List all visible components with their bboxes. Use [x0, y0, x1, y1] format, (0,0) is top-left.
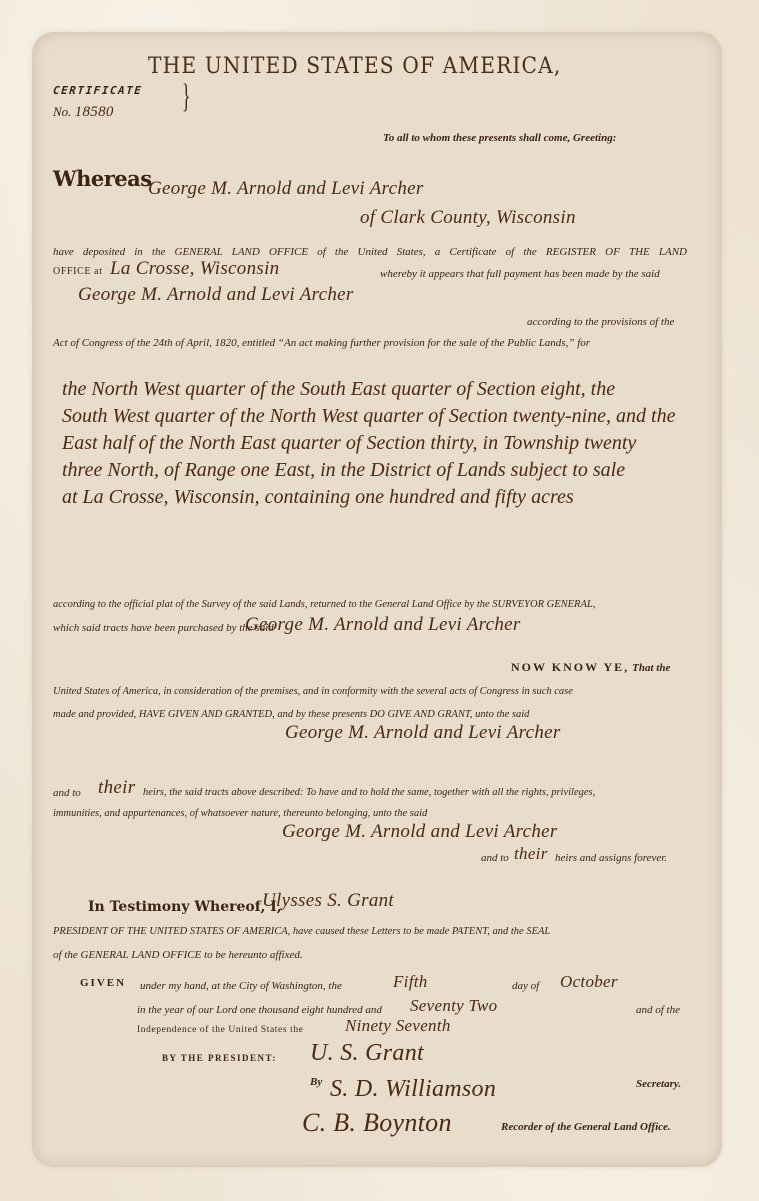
month-handwritten: October	[560, 972, 618, 992]
land-description-line: East half of the North East quarter of S…	[62, 430, 702, 457]
president-signature: U. S. Grant	[310, 1040, 424, 1067]
certificate-no-value: 18580	[75, 104, 114, 120]
residence-handwritten: of Clark County, Wisconsin	[360, 207, 576, 229]
whereas-heading: Whereas	[53, 166, 152, 191]
office-prefix: OFFICE at	[53, 266, 103, 277]
year-line: in the year of our Lord one thousand eig…	[137, 1004, 382, 1016]
independence-year-handwritten: Ninety Seventh	[345, 1016, 451, 1036]
land-description-line: three North, of Range one East, in the D…	[62, 457, 702, 484]
year-handwritten: Seventy Two	[410, 996, 498, 1016]
certificate-no-prefix: No.	[53, 104, 71, 119]
president-line: PRESIDENT OF THE UNITED STATES OF AMERIC…	[53, 926, 550, 937]
office-location-handwritten: La Crosse, Wisconsin	[110, 258, 279, 280]
their-handwritten-2: their	[514, 844, 548, 864]
certificate-label: CERTIFICATE	[51, 84, 144, 97]
president-name-handwritten: Ulysses S. Grant	[262, 890, 394, 912]
grantees-handwritten-5: George M. Arnold and Levi Archer	[282, 821, 558, 843]
grantees-handwritten-4: George M. Arnold and Levi Archer	[285, 722, 561, 744]
their-handwritten-1: their	[98, 777, 135, 799]
brace-icon: }	[182, 80, 190, 114]
by-the-president: BY THE PRESIDENT:	[162, 1053, 277, 1063]
independence-line: Independence of the United States the	[137, 1025, 304, 1035]
document-heading: THE UNITED STATES OF AMERICA,	[148, 54, 561, 79]
survey-line: according to the official plat of the Su…	[53, 599, 595, 610]
land-description-line: South West quarter of the North West qua…	[62, 403, 702, 430]
grantees-handwritten-1: George M. Arnold and Levi Archer	[148, 178, 424, 200]
land-description-handwritten: the North West quarter of the South East…	[62, 376, 702, 511]
testimony-whereof: In Testimony Whereof, I,	[88, 899, 282, 915]
greeting: To all to whom these presents shall come…	[383, 132, 616, 144]
recorder-title: Recorder of the General Land Office.	[501, 1121, 671, 1133]
immunities-line: immunities, and appurtenances, of whatso…	[53, 808, 427, 819]
land-description-line: the North West quarter of the South East…	[62, 376, 702, 403]
by-label: By	[310, 1076, 322, 1088]
day-handwritten: Fifth	[393, 972, 428, 992]
heirs-line: heirs, the said tracts above described: …	[143, 787, 595, 798]
given: GIVEN	[80, 977, 126, 989]
provisions-line: according to the provisions of the	[527, 316, 674, 328]
secretary-signature: S. D. Williamson	[330, 1076, 496, 1103]
now-know-ye: NOW KNOW YE,	[511, 660, 629, 674]
and-to-2: and to	[481, 852, 509, 864]
granted-line: made and provided, HAVE GIVEN AND GRANTE…	[53, 709, 529, 720]
and-to-1: and to	[53, 787, 81, 799]
forever-line: heirs and assigns forever.	[555, 852, 667, 864]
and-of-the: and of the	[636, 1004, 680, 1016]
purchased-line: which said tracts have been purchased by…	[53, 622, 274, 634]
land-description-line: at La Crosse, Wisconsin, containing one …	[62, 484, 702, 511]
secretary-title: Secretary.	[636, 1078, 681, 1090]
act-line: Act of Congress of the 24th of April, 18…	[53, 337, 687, 349]
seal-line: of the GENERAL LAND OFFICE to be hereunt…	[53, 949, 303, 961]
whereby-line: whereby it appears that full payment has…	[380, 268, 660, 280]
grantees-handwritten-3: George M. Arnold and Levi Archer	[245, 614, 521, 636]
that-the: That the	[632, 662, 670, 674]
recorder-signature: C. B. Boynton	[302, 1108, 452, 1138]
consideration-line: United States of America, in considerati…	[53, 686, 573, 697]
now-know-ye-line: NOW KNOW YE, That the	[511, 660, 670, 675]
deposited-line: have deposited in the GENERAL LAND OFFIC…	[53, 246, 687, 258]
day-of: day of	[512, 980, 539, 992]
certificate-number: No. 18580	[53, 104, 114, 121]
grantees-handwritten-2: George M. Arnold and Levi Archer	[78, 284, 354, 306]
given-line: under my hand, at the City of Washington…	[140, 980, 342, 992]
